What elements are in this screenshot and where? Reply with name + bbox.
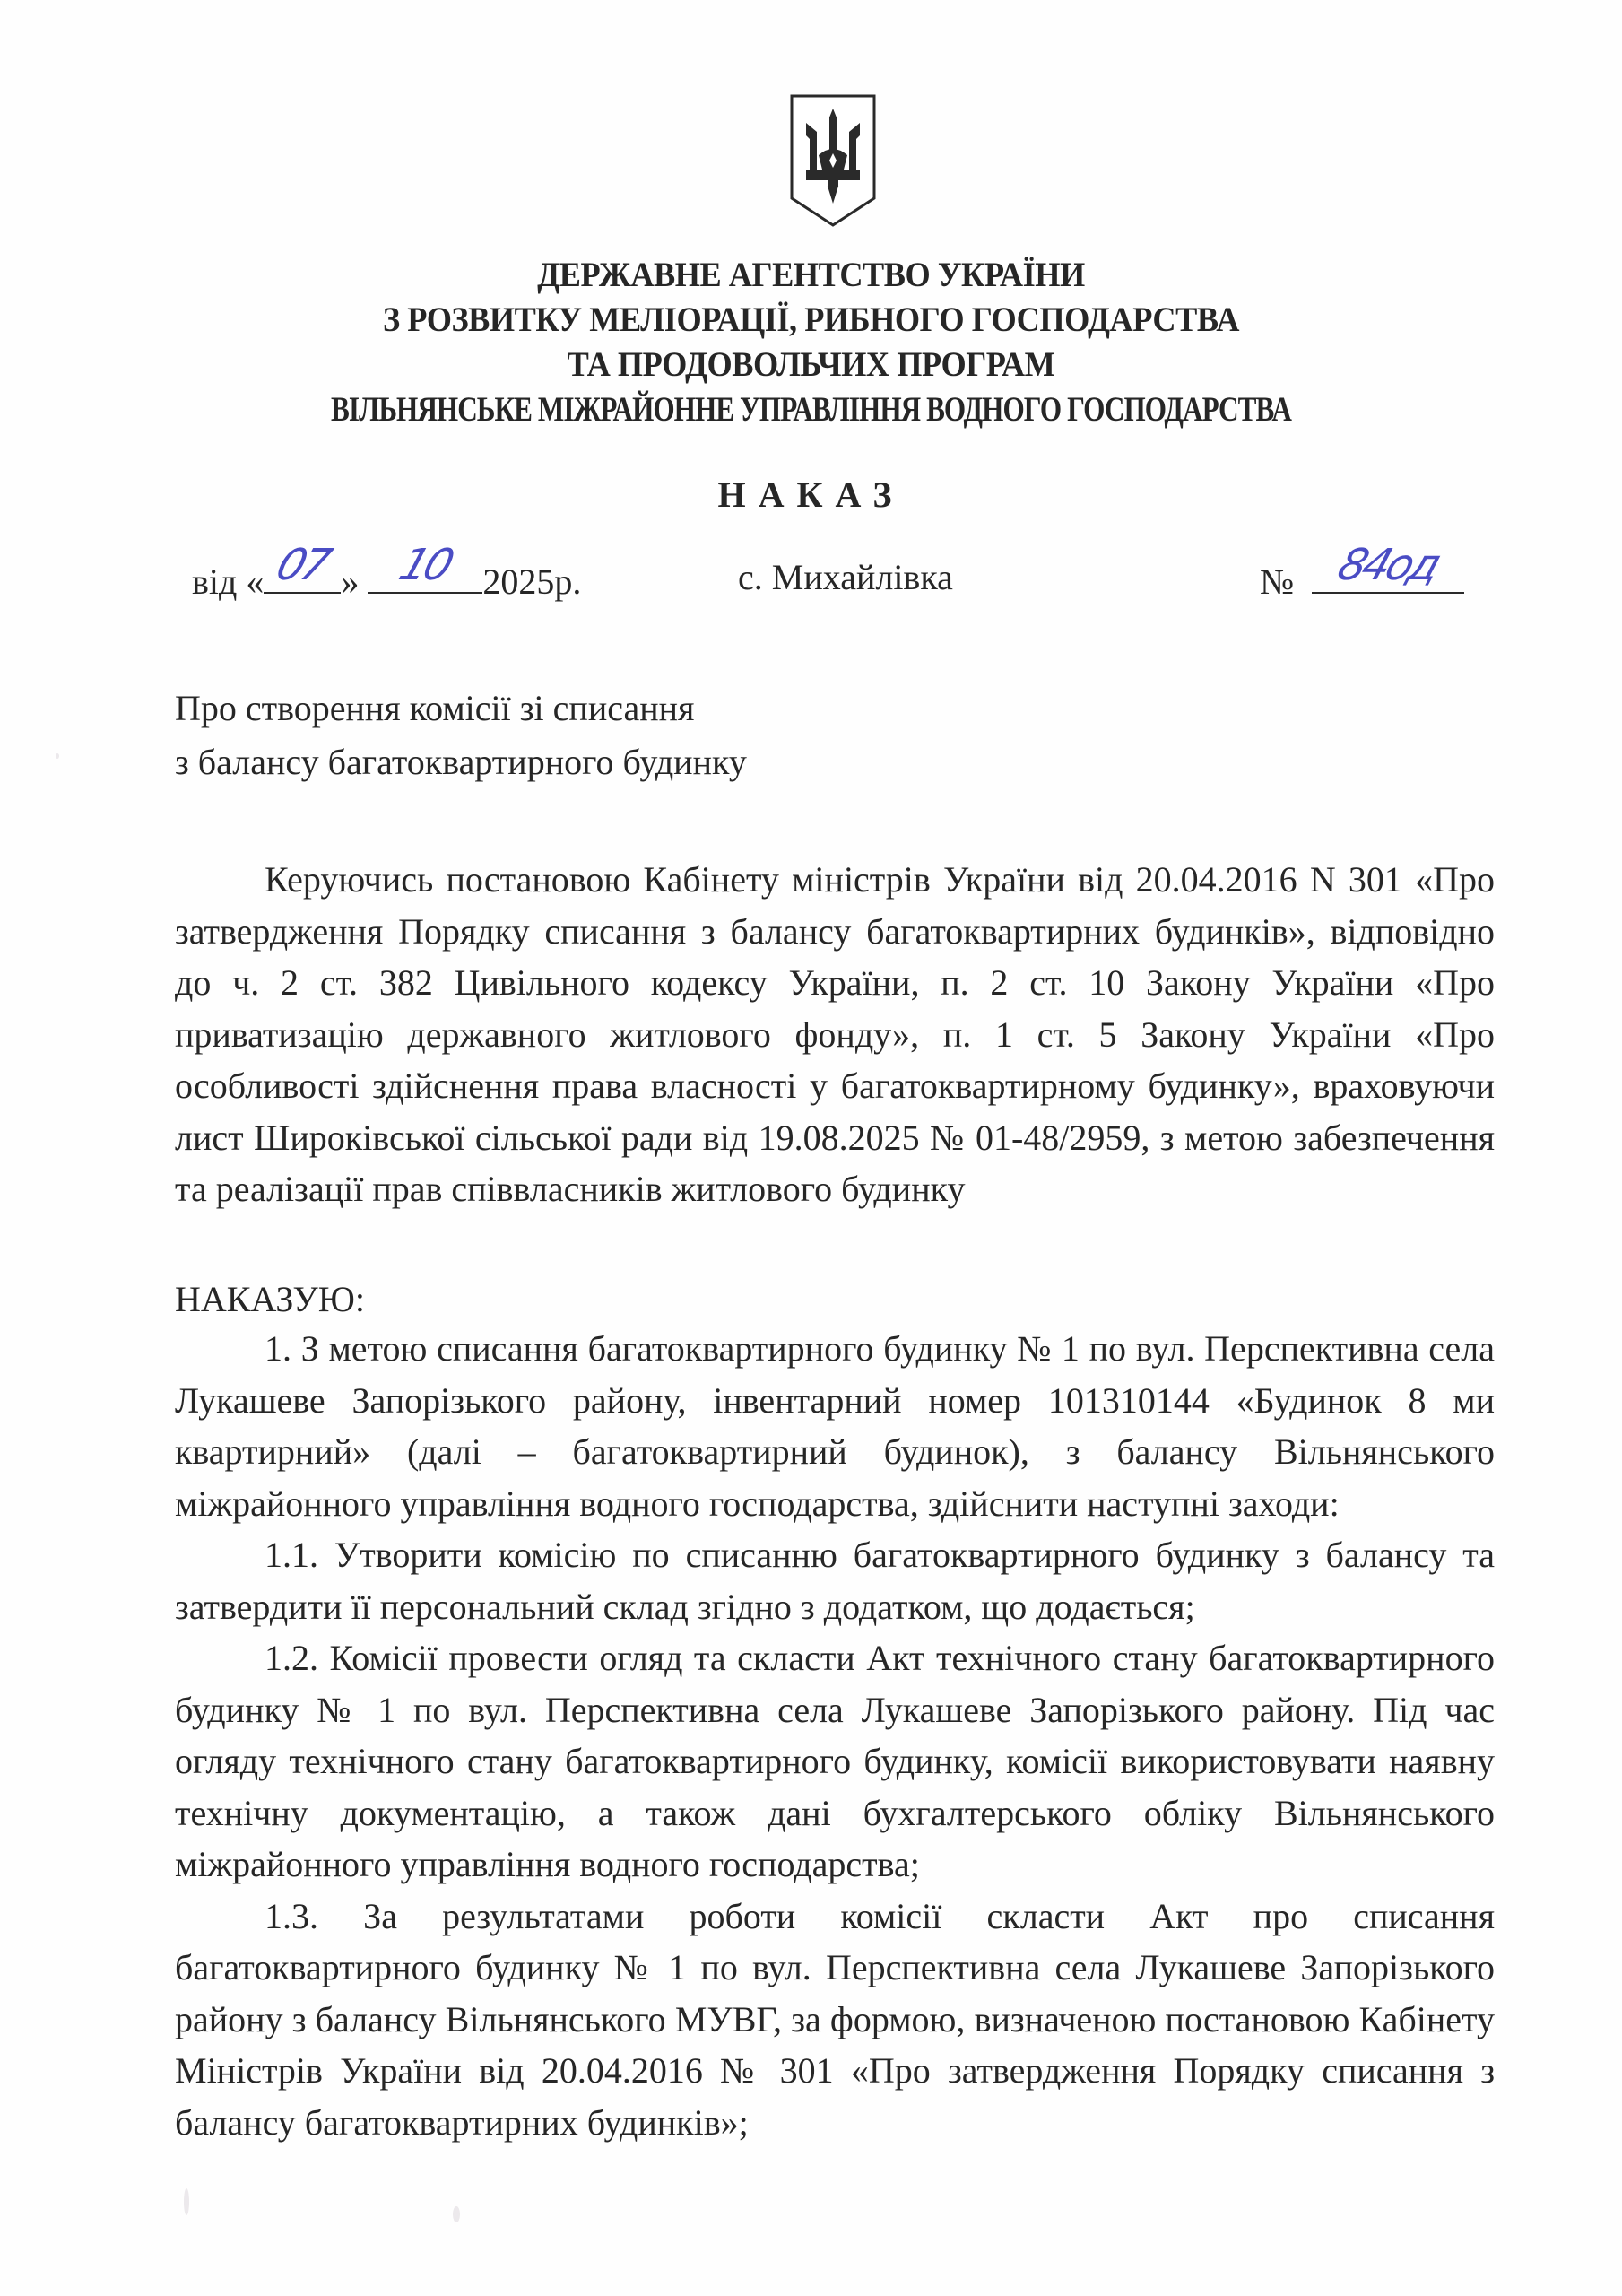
agency-name-line-2: З РОЗВИТКУ МЕЛІОРАЦІЇ, РИБНОГО ГОСПОДАРС… xyxy=(56,298,1565,343)
month-field: 10 xyxy=(368,556,482,594)
number-handwritten: 84од xyxy=(1304,540,1472,590)
scan-artifact xyxy=(56,753,59,759)
order-date: від «07» 102025р. xyxy=(192,556,581,603)
date-prefix: від « xyxy=(192,561,264,602)
document-page: ДЕРЖАВНЕ АГЕНТСТВО УКРАЇНИ З РОЗВИТКУ МЕ… xyxy=(0,0,1622,2296)
order-item-1-1: 1.1. Утворити комісію по списанню багато… xyxy=(175,1529,1495,1632)
order-items: 1. З метою списання багатоквартирного бу… xyxy=(175,1323,1495,2148)
order-heading: НАКАЗУЮ: xyxy=(175,1278,365,1320)
subject-line-2: з балансу багатоквартирного будинку xyxy=(175,735,747,789)
date-number-row: від «07» 102025р. с. Михайлівка № 84од xyxy=(0,556,1622,619)
agency-name-line-1: ДЕРЖАВНЕ АГЕНТСТВО УКРАЇНИ xyxy=(56,253,1565,298)
date-mid: » xyxy=(341,561,359,602)
order-item-1-2: 1.2. Комісії провести огляд та скласти А… xyxy=(175,1632,1495,1891)
scan-artifact xyxy=(184,2188,189,2215)
number-label: № xyxy=(1260,561,1294,602)
order-number: № 84од xyxy=(1260,556,1464,603)
place-name: с. Михайлівка xyxy=(738,556,953,598)
date-year: 2025р. xyxy=(482,561,581,602)
order-item-1: 1. З метою списання багатоквартирного бу… xyxy=(175,1323,1495,1529)
order-subject: Про створення комісії зі списання з бала… xyxy=(175,682,747,789)
coat-of-arms-of-ukraine-icon xyxy=(788,92,878,229)
preamble-text: Керуючись постановою Кабінету міністрів … xyxy=(175,854,1495,1215)
subject-line-1: Про створення комісії зі списання xyxy=(175,682,747,735)
document-title: НАКАЗ xyxy=(0,474,1622,516)
day-field: 07 xyxy=(264,556,341,594)
agency-name-line-3: ТА ПРОДОВОЛЬЧИХ ПРОГРАМ xyxy=(56,343,1565,387)
preamble: Керуючись постановою Кабінету міністрів … xyxy=(175,854,1495,1215)
day-handwritten: 07 xyxy=(256,540,349,590)
number-field: 84од xyxy=(1312,556,1464,594)
department-name: ВІЛЬНЯНСЬКЕ МІЖРАЙОННЕ УПРАВЛІННЯ ВОДНОГ… xyxy=(162,387,1460,432)
month-handwritten: 10 xyxy=(360,540,490,590)
scan-artifact xyxy=(453,2206,460,2222)
order-item-1-3: 1.3. За результатами роботи комісії скла… xyxy=(175,1891,1495,2149)
